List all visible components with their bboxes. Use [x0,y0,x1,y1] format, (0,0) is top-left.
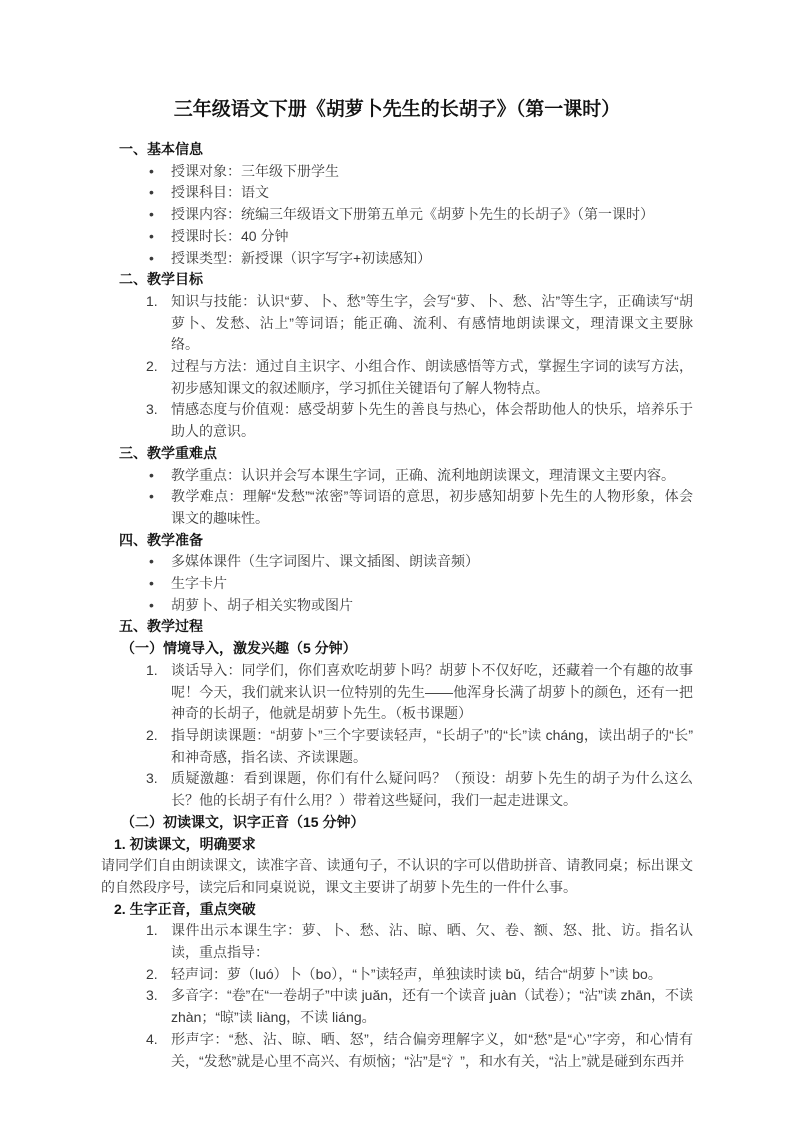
list-item-text: 情感态度与价值观：感受胡萝卜先生的善良与热心，体会帮助他人的快乐，培养乐于助人的… [171,401,693,439]
section-heading-objectives: 二、教学目标 [119,269,693,291]
subsection-heading-part2: （二）初读课文，识字正音（15 分钟） [121,812,693,834]
number-marker: 1. [146,291,158,313]
list-item-text: 教学难点：理解“发愁”“浓密”等词语的意思，初步感知胡萝卜先生的人物形象，体会课… [171,488,693,526]
numbered-item: 1. 知识与技能：认识“萝、卜、愁”等生字，会写“萝、卜、愁、沾”等生字，正确读… [101,291,693,356]
numbered-item: 1. 谈话导入：同学们，你们喜欢吃胡萝卜吗？胡萝卜不仅好吃，还藏着一个有趣的故事… [101,660,693,725]
body-paragraph: 请同学们自由朗读课文，读准字音、读通句子，不认识的字可以借助拼音、请教同桌；标出… [101,855,693,898]
list-item: • 生字卡片 [101,573,693,595]
bullet-marker: • [149,161,154,183]
number-marker: 3. [146,985,158,1007]
list-item-text: 胡萝卜、胡子相关实物或图片 [171,597,353,613]
number-marker: 1. [146,920,158,942]
list-item-text: 谈话导入：同学们，你们喜欢吃胡萝卜吗？胡萝卜不仅好吃，还藏着一个有趣的故事呢！今… [171,662,693,721]
list-item-text: 课件出示本课生字：萝、卜、愁、沾、晾、晒、欠、卷、额、怒、批、访。指名认读，重点… [171,922,693,960]
list-item-text: 形声字：“愁、沾、晾、晒、怒”，结合偏旁理解字义，如“愁”是“心”字旁，和心情有… [171,1031,693,1069]
number-marker: 2. [146,356,158,378]
bullet-marker: • [149,204,154,226]
list-item: • 授课类型：新授课（识字写字+初读感知） [101,248,693,270]
section-heading-basic-info: 一、基本信息 [119,139,693,161]
bullet-marker: • [149,226,154,248]
bullet-marker: • [149,595,154,617]
list-item: • 多媒体课件（生字词图片、课文插图、朗读音频） [101,551,693,573]
numbered-item: 3. 情感态度与价值观：感受胡萝卜先生的善良与热心，体会帮助他人的快乐，培养乐于… [101,399,693,442]
list-item-text: 过程与方法：通过自主识字、小组合作、朗读感悟等方式，掌握生字词的读写方法，初步感… [171,358,693,396]
list-item-text: 授课类型：新授课（识字写字+初读感知） [171,250,431,266]
step-heading-1: 1. 初读课文，明确要求 [114,834,693,856]
list-item-text: 多音字：“卷”在“一卷胡子”中读 juǎn，还有一个读音 juàn（试卷）；“沾… [171,987,693,1025]
list-item-text: 知识与技能：认识“萝、卜、愁”等生字，会写“萝、卜、愁、沾”等生字，正确读写“胡… [171,293,693,352]
subsection-heading-part1: （一）情境导入，激发兴趣（5 分钟） [121,638,693,660]
list-item-text: 授课时长：40 分钟 [171,228,288,244]
numbered-item: 3. 质疑激趣：看到课题，你们有什么疑问吗？（预设：胡萝卜先生的胡子为什么这么长… [101,768,693,811]
number-marker: 3. [146,768,158,790]
list-item-text: 多媒体课件（生字词图片、课文插图、朗读音频） [171,553,479,569]
number-marker: 2. [146,964,158,986]
list-item: • 授课对象：三年级下册学生 [101,161,693,183]
bullet-marker: • [149,182,154,204]
list-item-text: 质疑激趣：看到课题，你们有什么疑问吗？（预设：胡萝卜先生的胡子为什么这么长？他的… [171,770,693,808]
numbered-item: 2. 指导朗读课题：“胡萝卜”三个字要读轻声，“长胡子”的“长”读 cháng，… [101,725,693,768]
numbered-item: 2. 轻声词：萝（luó）卜（bo），“卜”读轻声，单独读时读 bǔ，结合“胡萝… [101,964,693,986]
section-heading-process: 五、教学过程 [119,616,693,638]
number-marker: 1. [146,660,158,682]
list-item: • 教学重点：认识并会写本课生字词，正确、流利地朗读课文，理清课文主要内容。 [101,465,693,487]
list-item-text: 生字卡片 [171,575,227,591]
list-item-text: 教学重点：认识并会写本课生字词，正确、流利地朗读课文，理清课文主要内容。 [171,467,675,483]
list-item: • 授课内容：统编三年级语文下册第五单元《胡萝卜先生的长胡子》（第一课时） [101,204,693,226]
list-item-text: 指导朗读课题：“胡萝卜”三个字要读轻声，“长胡子”的“长”读 cháng，读出胡… [171,727,693,765]
list-item-text: 授课科目：语文 [171,184,269,200]
list-item-text: 授课内容：统编三年级语文下册第五单元《胡萝卜先生的长胡子》（第一课时） [171,206,654,222]
numbered-item: 1. 课件出示本课生字：萝、卜、愁、沾、晾、晒、欠、卷、额、怒、批、访。指名认读… [101,920,693,963]
doc-title: 三年级语文下册《胡萝卜先生的长胡子》（第一课时） [101,96,693,123]
numbered-item: 3. 多音字：“卷”在“一卷胡子”中读 juǎn，还有一个读音 juàn（试卷）… [101,985,693,1028]
document-page: 三年级语文下册《胡萝卜先生的长胡子》（第一课时） 一、基本信息 • 授课对象：三… [0,0,794,1123]
list-item: • 教学难点：理解“发愁”“浓密”等词语的意思，初步感知胡萝卜先生的人物形象，体… [101,486,693,529]
list-item: • 胡萝卜、胡子相关实物或图片 [101,595,693,617]
bullet-marker: • [149,573,154,595]
number-marker: 2. [146,725,158,747]
number-marker: 3. [146,399,158,421]
section-heading-preparation: 四、教学准备 [119,530,693,552]
number-marker: 4. [146,1029,158,1051]
numbered-item: 4. 形声字：“愁、沾、晾、晒、怒”，结合偏旁理解字义，如“愁”是“心”字旁，和… [101,1029,693,1072]
list-item-text: 轻声词：萝（luó）卜（bo），“卜”读轻声，单独读时读 bǔ，结合“胡萝卜”读… [171,966,662,982]
section-heading-key-points: 三、教学重难点 [119,443,693,465]
list-item: • 授课时长：40 分钟 [101,226,693,248]
bullet-marker: • [149,465,154,487]
bullet-marker: • [149,248,154,270]
list-item-text: 授课对象：三年级下册学生 [171,163,339,179]
list-item: • 授课科目：语文 [101,182,693,204]
step-heading-2: 2. 生字正音，重点突破 [114,899,693,921]
numbered-item: 2. 过程与方法：通过自主识字、小组合作、朗读感悟等方式，掌握生字词的读写方法，… [101,356,693,399]
bullet-marker: • [149,551,154,573]
bullet-marker: • [149,486,154,508]
